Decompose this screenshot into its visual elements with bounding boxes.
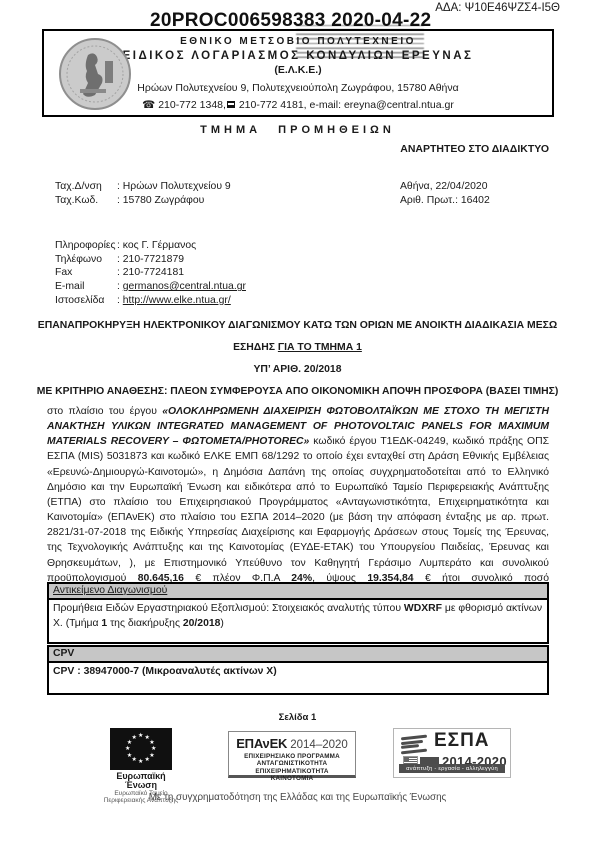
subject-header-text: Αντικείμενο Διαγωνισμού <box>53 585 167 596</box>
cpv-table-header: CPV <box>49 647 547 663</box>
eu-star-icon: ★ <box>127 753 132 759</box>
epanek-line: ΕΠΙΧΕΙΡΗΜΑΤΙΚΟΤΗΤΑ <box>229 768 355 775</box>
paragraph-text: κωδικό έργου Τ1ΕΔΚ-04249, κωδικό πράξης … <box>47 436 549 583</box>
contact-value: : 210-7721879 <box>117 254 184 265</box>
postal-address-block: Ταχ.Δ/νση: Ηρώων Πολυτεχνείου 9 Ταχ.Κωδ.… <box>55 180 231 208</box>
city-date: Αθήνα, 22/04/2020 <box>400 180 490 194</box>
contact-row: Πληροφορίες: κος Γ. Γέρμανος <box>55 239 246 253</box>
contact-info-block: Πληροφορίες: κος Γ. Γέρμανος Τηλέφωνο: 2… <box>55 239 246 308</box>
cpv-table: CPV CPV : 38947000-7 (Μικροαναλυτές ακτί… <box>47 645 549 695</box>
subject-text: της διακήρυξης <box>107 618 183 629</box>
document-title: ΕΠΑΝΑΠΡΟΚΗΡΥΞΗ ΗΛΕΚΤΡΟΝΙΚΟΥ ΔΙΑΓΩΝΙΣΜΟΥ … <box>0 315 595 403</box>
subject-text: Προμήθεια Ειδών Εργαστηριακού Εξοπλισμού… <box>53 603 404 614</box>
subject-table: Αντικείμενο Διαγωνισμού Προμήθεια Ειδών … <box>47 582 549 644</box>
epanek-title: ΕΠΑνΕΚ <box>236 736 287 751</box>
eu-star-icon: ★ <box>132 757 137 763</box>
org-fax: 210-772 4181, <box>239 99 307 111</box>
ada-code: ΑΔΑ: Ψ10Ε46ΨΖΣ4-Ι5Θ <box>435 2 560 14</box>
eu-star-icon: ★ <box>132 735 137 741</box>
email-label: e-mail: <box>310 99 342 111</box>
cpv-table-body: CPV : 38947000-7 (Μικροαναλυτές ακτίνων … <box>49 663 547 693</box>
address-label: Ταχ.Δ/νση <box>55 180 117 194</box>
eu-star-icon: ★ <box>138 759 143 765</box>
epanek-years: 2014–2020 <box>290 739 348 751</box>
contact-row: Τηλέφωνο: 210-7721879 <box>55 253 246 267</box>
epanek-logo: ΕΠΑνΕΚ2014–2020 ΕΠΙΧΕΙΡΗΣΙΑΚΟ ΠΡΟΓΡΑΜΜΑ … <box>228 731 356 778</box>
subject-table-body: Προμήθεια Ειδών Εργαστηριακού Εξοπλισμού… <box>49 600 547 642</box>
epanek-line: ΕΠΙΧΕΙΡΗΣΙΑΚΟ ΠΡΟΓΡΑΜΜΑ <box>229 753 355 760</box>
epanek-line: ΚΑΙΝΟΤΟΜΙΑ <box>229 775 355 782</box>
address-row: Ταχ.Κωδ.: 15780 Ζωγράφου <box>55 194 231 208</box>
contact-label: Πληροφορίες <box>55 239 117 253</box>
letterhead-box: ΕΘΝΙΚΟ ΜΕΤΣΟΒΙΟ ΠΟΛΥΤΕΧΝΕΙΟ ΕΙΔΙΚΟΣ ΛΟΓΑ… <box>42 29 554 117</box>
title-line-2: ΕΣΗΔΗΣ ΓΙΑ ΤΟ ΤΜΗΜΑ 1 <box>0 337 595 359</box>
eu-star-icon: ★ <box>125 746 130 752</box>
department-title: ΤΜΗΜΑ ΠΡΟΜΗΘΕΙΩΝ <box>0 124 595 136</box>
address-label: Ταχ.Κωδ. <box>55 194 117 208</box>
date-protocol-block: Αθήνα, 22/04/2020 Αριθ. Πρωτ.: 16402 <box>400 180 490 208</box>
contact-label: Τηλέφωνο <box>55 253 117 267</box>
protocol-number: Αριθ. Πρωτ.: 16402 <box>400 194 490 208</box>
contact-value: : κος Γ. Γέρμανος <box>117 240 196 251</box>
fax-icon <box>227 101 235 108</box>
cofinance-note: Με τη συγχρηματοδότηση της Ελλάδας και τ… <box>0 792 595 803</box>
espa-wave-icon <box>401 736 429 752</box>
contact-label: Ιστοσελίδα <box>55 294 117 308</box>
contact-label: Fax <box>55 266 117 280</box>
eu-flag-icon: ★★★★★★★★★★★★ <box>110 728 172 770</box>
eu-star-icon: ★ <box>149 753 154 759</box>
contact-label: E-mail <box>55 280 117 294</box>
title-line-4: ΜΕ ΚΡΙΤΗΡΙΟ ΑΝΑΘΕΣΗΣ: ΠΛΕΟΝ ΣΥΜΦΕΡΟΥΣΑ Α… <box>0 381 595 403</box>
paragraph-text: στο πλαίσιο του έργου <box>47 406 162 417</box>
contact-row: Ιστοσελίδα: http://www.elke.ntua.gr/ <box>55 294 246 308</box>
title-line-1: ΕΠΑΝΑΠΡΟΚΗΡΥΞΗ ΗΛΕΚΤΡΟΝΙΚΟΥ ΔΙΑΓΩΝΙΣΜΟΥ … <box>0 315 595 337</box>
espa-title: ΕΣΠΑ <box>434 730 490 752</box>
title-line-3: ΥΠ’ ΑΡΙΘ. 20/2018 <box>0 359 595 381</box>
eu-star-icon: ★ <box>149 740 154 746</box>
epanek-title-row: ΕΠΑνΕΚ2014–2020 <box>229 735 355 753</box>
title-line-2-underlined: ΓΙΑ ΤΟ ΤΜΗΜΑ 1 <box>278 342 362 353</box>
epanek-line: ΑΝΤΑΓΩΝΙΣΤΙΚΟΤΗΤΑ <box>229 760 355 767</box>
page-number: Σελίδα 1 <box>0 712 595 723</box>
eu-star-icon: ★ <box>145 757 150 763</box>
eu-star-icon: ★ <box>151 746 156 752</box>
address-row: Ταχ.Δ/νση: Ηρώων Πολυτεχνείου 9 <box>55 180 231 194</box>
contact-row: Fax: 210-7724181 <box>55 266 246 280</box>
contact-value: : 210-7724181 <box>117 267 184 278</box>
org-phone: 210-772 1348, <box>158 99 226 111</box>
body-paragraph: στο πλαίσιο του έργου «ΟΛΟΚΛΗΡΩΜΕΝΗ ΔΙΑΧ… <box>47 404 549 601</box>
subject-table-header: Αντικείμενο Διαγωνισμού <box>49 584 547 600</box>
espa-tagline: ανάπτυξη - εργασία - αλληλεγγύη <box>399 764 505 774</box>
instrument-type: WDXRF <box>404 603 442 614</box>
address-value: : 15780 Ζωγράφου <box>117 195 204 206</box>
ntua-seal-icon <box>58 37 132 111</box>
email-link[interactable]: germanos@central.ntua.gr <box>123 281 246 292</box>
title-line-2-prefix: ΕΣΗΔΗΣ <box>233 342 278 353</box>
website-link[interactable]: http://www.elke.ntua.gr/ <box>123 295 231 306</box>
phone-icon: ☎ <box>142 99 155 111</box>
org-email: ereyna@central.ntua.gr <box>344 99 454 111</box>
espa-logo: ΕΣΠΑ 2014-2020 ανάπτυξη - εργασία - αλλη… <box>393 728 511 778</box>
address-value: : Ηρώων Πολυτεχνείου 9 <box>117 181 231 192</box>
publish-note: ΑΝΑΡΤΗΤΕΟ ΣΤΟ ΔΙΑΔΙΚΤΥΟ <box>400 143 549 155</box>
tender-number: 20/2018 <box>183 618 221 629</box>
contact-row: E-mail: germanos@central.ntua.gr <box>55 280 246 294</box>
subject-text: ) <box>220 618 223 629</box>
eu-star-icon: ★ <box>138 733 143 739</box>
eu-logo-title: Ευρωπαϊκή Ένωση <box>100 772 182 790</box>
